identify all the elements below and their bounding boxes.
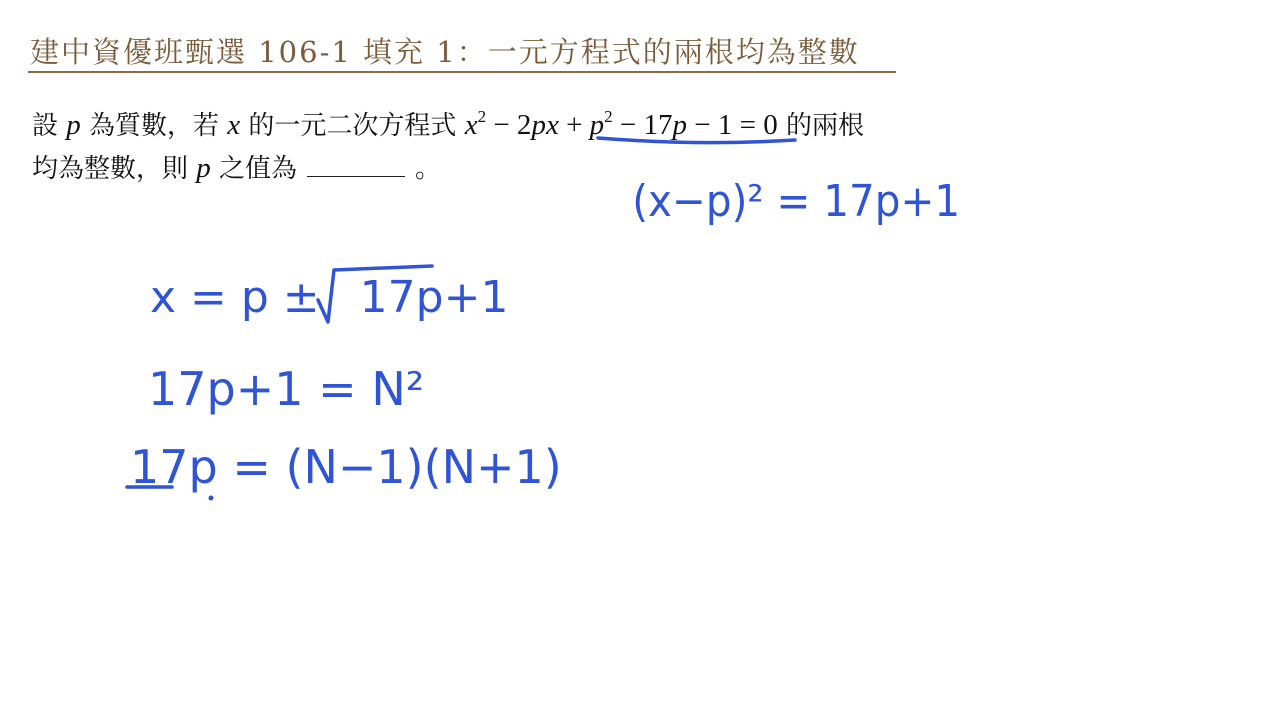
handwritten-step-3: 17p = (N−1)(N+1) xyxy=(130,440,562,494)
handwritten-step-completing-square: (x−p)² = 17p+1 xyxy=(632,176,960,227)
handwritten-step-1: x = p ± 17p+1 xyxy=(150,272,508,323)
ink-underline xyxy=(598,138,795,143)
handwriting-layer xyxy=(0,0,1280,720)
handwritten-step-2: 17p+1 = N² xyxy=(148,362,424,416)
